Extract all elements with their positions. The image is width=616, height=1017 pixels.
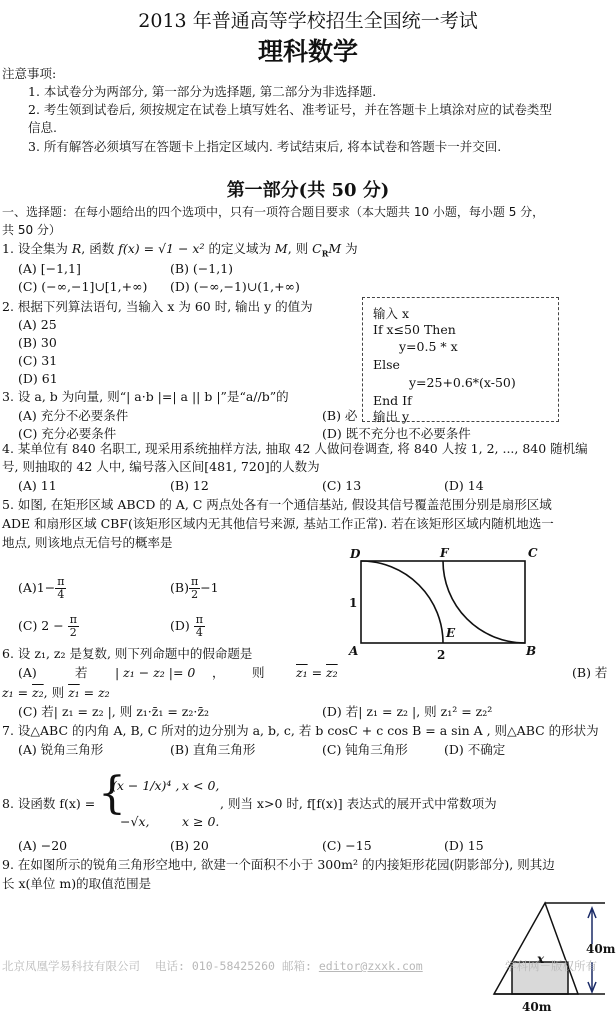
code-line: y=25+0.6*(x-50) bbox=[409, 375, 516, 390]
q8-stem-prefix: 8. 设函数 f(x) = bbox=[2, 796, 95, 812]
label-a: A bbox=[349, 644, 358, 658]
q1-option-a: (A) [−1,1] bbox=[18, 261, 81, 277]
footer-company: 北京凤凰学易科技有限公司 bbox=[2, 958, 140, 974]
q8-case2-cond: x ≥ 0. bbox=[182, 814, 219, 830]
label-d: D bbox=[350, 547, 360, 561]
q9-label-height: 40m bbox=[586, 942, 615, 956]
q6-option-b-cont: z₁ = z₂, 则 z₁ = z₂ bbox=[2, 685, 110, 701]
q6-option-c: (C) 若| z₁ = z₂ |, 则 z₁·z̄₁ = z₂·z̄₂ bbox=[18, 704, 209, 720]
q3-option-c: (C) 充分必要条件 bbox=[18, 426, 116, 442]
q1-option-b: (B) (−1,1) bbox=[170, 261, 233, 277]
q6-option-a-then: 则 bbox=[252, 665, 265, 681]
q6-option-a-if: 若 bbox=[75, 665, 88, 681]
q9-label-base: 40m bbox=[522, 1000, 551, 1014]
q5-option-a: (A)1−π4 bbox=[18, 576, 66, 601]
q6-option-d: (D) 若| z₁ = z₂ |, 则 z₁² = z₂² bbox=[322, 704, 492, 720]
q4-option-c: (C) 13 bbox=[322, 478, 361, 494]
q1-option-c: (C) (−∞,−1]∪[1,+∞) bbox=[18, 279, 147, 295]
code-line: Else bbox=[373, 357, 400, 372]
label-side-2: 2 bbox=[437, 648, 445, 662]
exam-title: 2013 年普通高等学校招生全国统一考试 bbox=[0, 6, 616, 33]
q6-stem: 6. 设 z₁, z₂ 是复数, 则下列命题中的假命题是 bbox=[2, 646, 252, 662]
part1-instructions-cont: 共 50 分） bbox=[2, 221, 61, 238]
notes-heading: 注意事项: bbox=[2, 66, 56, 82]
label-b: B bbox=[526, 644, 536, 658]
q7-option-d: (D) 不确定 bbox=[444, 742, 505, 758]
part1-instructions: 一、选择题：在每小题给出的四个选项中，只有一项符合题目要求（本大题共 10 小题… bbox=[2, 203, 544, 220]
algorithm-box: 输入 x If x≤50 Then y=0.5 * x Else y=25+0.… bbox=[362, 297, 559, 422]
q1-stem: 1. 设全集为 R, 函数 f(x) = √1 − x² 的定义域为 M, 则 … bbox=[2, 241, 358, 262]
q4-stem-cont: 号, 则抽取的 42 人中, 编号落入区间[481, 720]的人数为 bbox=[2, 459, 320, 475]
q4-option-b: (B) 12 bbox=[170, 478, 209, 494]
q6-option-a-result: z₁ = z₂ bbox=[296, 665, 338, 681]
q5-stem-cont2: 地点, 则该地点无信号的概率是 bbox=[2, 535, 172, 551]
part1-title: 第一部分(共 50 分) bbox=[0, 176, 616, 202]
note-2-cont: 信息. bbox=[28, 120, 57, 136]
q4-stem: 4. 某单位有 840 名职工, 现采用系统抽样方法, 抽取 42 人做问卷调查… bbox=[2, 441, 588, 457]
label-e: E bbox=[446, 626, 455, 640]
note-1: 1. 本试卷分为两部分, 第一部分为选择题, 第二部分为非选择题. bbox=[28, 84, 376, 100]
code-line: 输出 y bbox=[373, 407, 409, 425]
q7-option-c: (C) 钝角三角形 bbox=[322, 742, 408, 758]
label-side-1: 1 bbox=[349, 596, 357, 610]
q6-option-a-condition: | z₁ − z₂ |= 0 bbox=[115, 665, 195, 681]
code-line: 输入 x bbox=[373, 304, 409, 322]
q6-option-a-comma: ， bbox=[212, 665, 225, 681]
q3-stem: 3. 设 a, b 为向量, 则“| a·b |=| a || b |”是“a/… bbox=[2, 389, 289, 405]
footer-phone: 电话: 010-58425260 bbox=[155, 958, 275, 974]
q4-option-a: (A) 11 bbox=[18, 478, 57, 494]
code-line: If x≤50 Then bbox=[373, 322, 456, 337]
footer-email: 邮箱: editor@zxxk.com bbox=[282, 958, 423, 974]
q5-option-b: (B)π2−1 bbox=[170, 576, 219, 601]
q6-option-b-label: (B) 若 bbox=[572, 665, 607, 681]
q8-option-a: (A) −20 bbox=[18, 838, 67, 854]
q8-option-d: (D) 15 bbox=[444, 838, 484, 854]
note-3: 3. 所有解答必须填写在答题卡上指定区域内. 考试结束后, 将本试卷和答题卡一并… bbox=[28, 139, 501, 155]
q2-option-c: (C) 31 bbox=[18, 353, 57, 369]
q9-stem: 9. 在如图所示的锐角三角形空地中, 欲建一个面积不小于 300m² 的内接矩形… bbox=[2, 857, 555, 873]
q3-option-d: (D) 既不充分也不必要条件 bbox=[322, 426, 471, 442]
q5-stem: 5. 如图, 在矩形区域 ABCD 的 A, C 两点处各有一个通信基站, 假设… bbox=[2, 497, 552, 513]
q3-option-b: (B) 必 bbox=[322, 408, 357, 424]
label-f: F bbox=[440, 546, 449, 560]
q8-case2-expr: −√x, bbox=[120, 814, 149, 830]
q8-case1-cond: x < 0, bbox=[182, 778, 219, 794]
code-line: y=0.5 * x bbox=[399, 339, 458, 354]
q5-option-d: (D) π4 bbox=[170, 614, 205, 639]
q2-option-b: (B) 30 bbox=[18, 335, 57, 351]
q8-case1-expr: (x − 1/x)⁴ , bbox=[112, 778, 179, 794]
code-line: End If bbox=[373, 393, 412, 408]
q5-stem-cont: ADE 和扇形区域 CBF(该矩形区域内无其他信号来源, 基站工作正常). 若在… bbox=[2, 516, 554, 532]
q6-option-a-label: (A) bbox=[18, 665, 37, 681]
q3-option-a: (A) 充分不必要条件 bbox=[18, 408, 128, 424]
q4-option-d: (D) 14 bbox=[444, 478, 484, 494]
q8-option-c: (C) −15 bbox=[322, 838, 372, 854]
q7-stem: 7. 设△ABC 的内角 A, B, C 所对的边分别为 a, b, c, 若 … bbox=[2, 723, 599, 739]
q8-stem-suffix: , 则当 x>0 时, f[f(x)] 表达式的展开式中常数项为 bbox=[220, 796, 497, 812]
footer-rights: 学科网－版权所有 bbox=[505, 958, 597, 974]
q1-option-d: (D) (−∞,−1)∪(1,+∞) bbox=[170, 279, 300, 295]
exam-subject: 理科数学 bbox=[0, 32, 616, 68]
q2-option-d: (D) 61 bbox=[18, 371, 58, 387]
q9-stem-cont: 长 x(单位 m)的取值范围是 bbox=[2, 876, 151, 892]
label-c: C bbox=[528, 546, 538, 560]
q2-option-a: (A) 25 bbox=[18, 317, 57, 333]
q8-option-b: (B) 20 bbox=[170, 838, 209, 854]
note-2: 2. 考生领到试卷后, 须按规定在试卷上填写姓名、准考证号，并在答题卡上填涂对应… bbox=[28, 102, 552, 118]
footer-email-link[interactable]: editor@zxxk.com bbox=[319, 959, 423, 973]
q2-stem: 2. 根据下列算法语句, 当输入 x 为 60 时, 输出 y 的值为 bbox=[2, 299, 313, 315]
q7-option-a: (A) 锐角三角形 bbox=[18, 742, 103, 758]
q7-option-b: (B) 直角三角形 bbox=[170, 742, 255, 758]
q5-option-c: (C) 2 − π2 bbox=[18, 614, 79, 639]
